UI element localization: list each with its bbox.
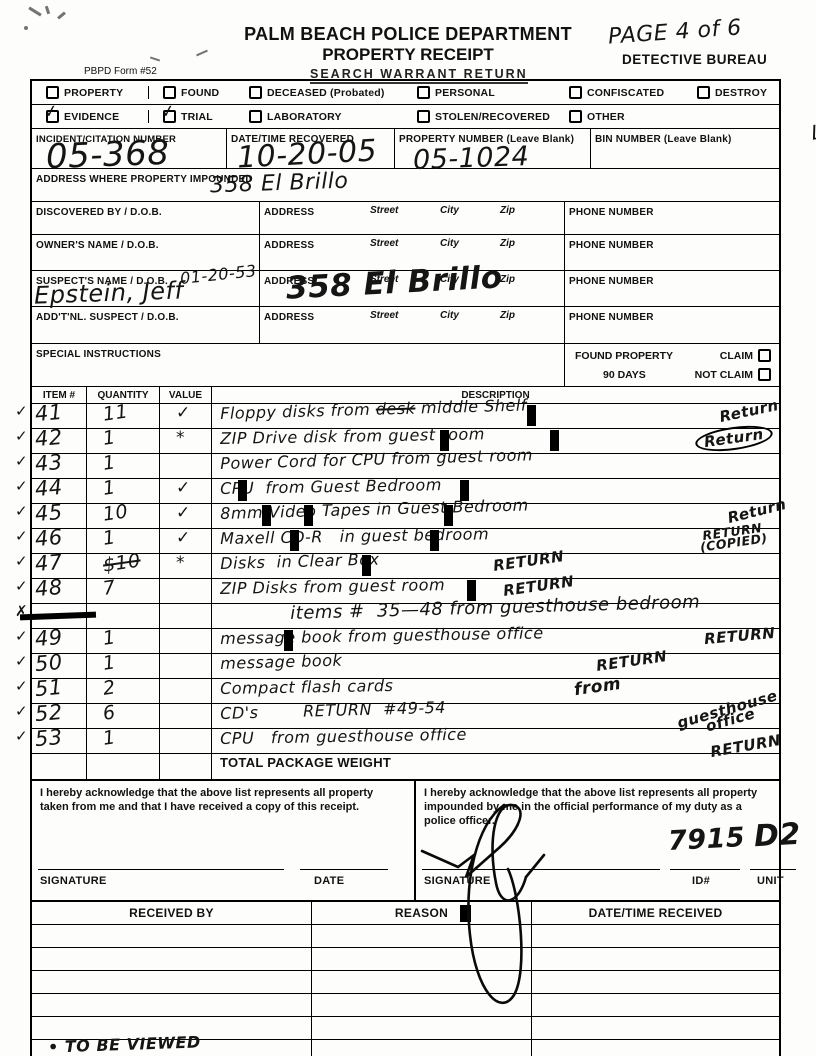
case-info-row: INCIDENT/CITATION NUMBER 05-368 DATE/TIM… — [32, 129, 779, 169]
empty-cell — [32, 754, 87, 779]
found-property-cell: FOUND PROPERTY CLAIM 90 DAYS NOT CLAIM — [565, 344, 779, 386]
item-number: 42 — [34, 427, 63, 450]
checkbox-confiscated: CONFISCATED — [569, 86, 697, 99]
datetime-received-cell — [532, 994, 779, 1016]
checkbox-icon — [249, 110, 262, 123]
checkbox-cell: Lab TRIALLABORATORYSTOLEN/RECOVEREDOTHER — [149, 110, 779, 123]
zip-label: Zip — [500, 238, 515, 249]
item-description-cell: Disks in Clear BoxRETURN — [212, 554, 779, 578]
item-quantity-cell: 7 — [87, 579, 160, 603]
item-description-cell: CD's RETURN #49-54guesthouse office — [212, 704, 779, 728]
claim-checkbox-icon — [758, 349, 771, 362]
total-weight-label: TOTAL PACKAGE WEIGHT — [212, 751, 391, 770]
item-value-cell — [160, 704, 212, 728]
pen-mark — [460, 905, 471, 922]
datetime-received-cell — [532, 948, 779, 970]
checkbox-cell: EVIDENCE — [32, 110, 149, 123]
discovered-by-cell: DISCOVERED BY / D.O.B. — [32, 202, 260, 234]
address-label: ADDRESS — [260, 205, 314, 218]
redaction-bar — [550, 430, 559, 451]
impound-address-row: ADDRESS WHERE PROPERTY IMPOUNDED 358 El … — [32, 169, 779, 202]
discovered-by-label: DISCOVERED BY / D.O.B. — [32, 205, 162, 218]
redaction-bar — [444, 505, 453, 526]
total-weight-row: TOTAL PACKAGE WEIGHT — [32, 754, 779, 781]
phone-cell: PHONE NUMBER — [565, 202, 779, 234]
received-by-header: RECEIVED BY — [32, 902, 312, 924]
special-instructions-label: SPECIAL INSTRUCTIONS — [32, 347, 161, 360]
item-number: 50 — [34, 652, 63, 675]
officer-unit-value: D2 — [754, 828, 801, 844]
item-quantity-cell: 1 — [87, 529, 160, 553]
item-description-cell: Floppy disks from desk middle ShelfRetur… — [212, 404, 779, 428]
special-instructions-row: SPECIAL INSTRUCTIONS FOUND PROPERTY CLAI… — [32, 344, 779, 387]
reason-cell — [312, 1040, 532, 1056]
item-description: ZIP Disks from guest room — [220, 575, 445, 599]
checkbox-cell: PROPERTY — [32, 86, 149, 99]
redaction-bar — [262, 505, 271, 526]
item-quantity-cell: 2 — [87, 679, 160, 703]
item-row: ✓531CPU from guesthouse officeRETURN — [32, 729, 779, 754]
item-value-cell: ✓ — [160, 404, 212, 428]
item-quantity: 1 — [102, 528, 117, 549]
checkbox-label: FOUND — [181, 87, 219, 99]
item-value-cell — [160, 729, 212, 753]
margin-check-mark: ✓ — [15, 402, 28, 420]
received-row — [32, 948, 779, 971]
item-number: 46 — [34, 527, 63, 550]
item-description-cell: message book from guesthouse officeRETUR… — [212, 629, 779, 653]
checked-checkbox-icon — [163, 110, 176, 123]
claim-label: CLAIM — [720, 350, 753, 362]
additional-suspect-label: ADD'T'NL. SUSPECT / D.O.B. — [32, 310, 179, 323]
items-list: ✓4111✓Floppy disks from desk middle Shel… — [32, 404, 779, 754]
item-value-cell — [160, 629, 212, 653]
address-cell: ADDRESS Street City Zip — [260, 307, 565, 343]
redaction-bar — [527, 405, 536, 426]
margin-check-mark: ✓ — [15, 527, 28, 545]
special-instructions-cell: SPECIAL INSTRUCTIONS — [32, 344, 565, 386]
redaction-bar — [284, 630, 293, 651]
received-by-cell — [32, 994, 312, 1016]
checkbox-label: DECEASED (Probated) — [267, 87, 385, 99]
checkbox-label: PROPERTY — [64, 87, 123, 99]
item-description: CPU from Guest Bedroom — [220, 475, 442, 499]
item-quantity: 11 — [102, 402, 130, 424]
incident-number-value: 05-368 — [45, 133, 170, 177]
owner-ack-text: I hereby acknowledge that the above list… — [40, 787, 373, 813]
margin-check-mark: ✓ — [15, 502, 28, 520]
redaction-bar — [238, 480, 247, 501]
item-quantity-cell: 1 — [87, 629, 160, 653]
item-description: message book — [220, 651, 343, 674]
item-number: 44 — [34, 477, 63, 500]
received-row — [32, 994, 779, 1017]
checkbox-icon — [249, 86, 262, 99]
item-number: 43 — [34, 452, 63, 475]
item-description-cell: Power Cord for CPU from guest room — [212, 454, 779, 478]
item-quantity-cell: 10 — [87, 504, 160, 528]
form-table: PROPERTY FOUNDDECEASED (Probated)PERSONA… — [30, 79, 781, 1056]
reason-cell — [312, 948, 532, 970]
item-description-cell: 8mm Video Tapes in Guest BedroomReturn — [212, 504, 779, 528]
empty-cell — [160, 754, 212, 779]
checkbox-label: OTHER — [587, 111, 625, 123]
item-quantity: 10 — [102, 502, 130, 524]
total-weight-cell: TOTAL PACKAGE WEIGHT — [212, 754, 779, 779]
item-value-cell — [160, 654, 212, 678]
item-value: ✓ — [176, 530, 191, 547]
officer-ack-text: I hereby acknowledge that the above list… — [424, 787, 757, 827]
address-label: ADDRESS — [260, 310, 314, 323]
checkbox-property: PROPERTY — [46, 86, 123, 99]
property-number-cell: PROPERTY NUMBER (Leave Blank) 05-1024 — [395, 129, 591, 168]
item-number: 52 — [34, 702, 63, 725]
redaction-bar — [460, 480, 469, 501]
phone-cell: PHONE NUMBER — [565, 307, 779, 343]
item-description: CPU from guesthouse office — [220, 725, 467, 749]
bureau-label: DETECTIVE BUREAU — [622, 52, 767, 67]
phone-cell: PHONE NUMBER — [565, 271, 779, 306]
discovered-by-row: DISCOVERED BY / D.O.B. ADDRESS Street Ci… — [32, 202, 779, 235]
officer-id-value: 7915 — [668, 831, 746, 849]
checkbox-deceased-probated-: DECEASED (Probated) — [249, 86, 417, 99]
scan-artifact — [57, 11, 66, 19]
item-description-cell: Maxell CD-R in guest bedroomRETURN (COPI… — [212, 529, 779, 553]
item-number: 53 — [34, 727, 63, 750]
checkbox-label: LABORATORY — [267, 111, 342, 123]
item-number: 47 — [34, 552, 63, 575]
checkbox-found: FOUND — [163, 86, 249, 99]
date-label: DATE — [314, 874, 344, 888]
id-label: ID# — [692, 874, 710, 888]
street-label: Street — [370, 238, 398, 249]
item-description: Compact flash cards — [220, 676, 394, 699]
form-number: PBPD Form #52 — [84, 66, 157, 77]
classification-row-2: EVIDENCE Lab TRIALLABORATORYSTOLEN/RECOV… — [32, 105, 779, 129]
ninety-days-label: 90 DAYS — [575, 369, 646, 381]
city-label: City — [440, 238, 459, 249]
item-value: * — [176, 555, 185, 572]
property-number-value: 05-1024 — [412, 141, 529, 176]
id-line — [670, 869, 740, 870]
item-quantity: 1 — [102, 628, 117, 649]
found-property-label: FOUND PROPERTY — [575, 350, 673, 362]
item-quantity: 7 — [102, 578, 117, 599]
handwritten-lab-note: Lab — [809, 115, 816, 145]
phone-cell: PHONE NUMBER — [565, 235, 779, 270]
city-label: City — [440, 205, 459, 216]
bin-number-cell: BIN NUMBER (Leave Blank) — [591, 129, 779, 168]
suspect-name-value: Epstein, Jeff — [34, 276, 184, 309]
item-value-cell — [160, 579, 212, 603]
received-by-cell — [32, 971, 312, 993]
checkbox-icon — [163, 86, 176, 99]
item-value-cell: * — [160, 554, 212, 578]
redaction-bar — [440, 430, 449, 451]
margin-check-mark: ✓ — [15, 627, 28, 645]
item-value-cell — [160, 679, 212, 703]
received-by-cell — [32, 948, 312, 970]
margin-check-mark: ✓ — [15, 577, 28, 595]
reason-header: REASON — [312, 902, 532, 924]
item-quantity-cell: 1 — [87, 454, 160, 478]
item-value: ✓ — [176, 405, 191, 422]
zip-label: Zip — [500, 205, 515, 216]
signature-line — [38, 869, 284, 870]
address-cell: ADDRESS Street City Zip — [260, 202, 565, 234]
checkbox-laboratory: LABORATORY — [249, 110, 417, 123]
signature-line — [422, 869, 660, 870]
phone-label: PHONE NUMBER — [565, 310, 654, 323]
margin-check-mark: ✓ — [15, 427, 28, 445]
datetime-received-cell — [532, 1040, 779, 1056]
checkbox-icon — [697, 86, 710, 99]
item-row: ✓501message bookRETURN — [32, 654, 779, 679]
item-value-cell: ✓ — [160, 504, 212, 528]
datetime-received-header: DATE/TIME RECEIVED — [532, 902, 779, 924]
margin-check-mark: ✓ — [15, 552, 28, 570]
received-by-cell — [32, 925, 312, 947]
checkbox-icon — [569, 110, 582, 123]
margin-check-mark: ✓ — [15, 727, 28, 745]
item-quantity: 1 — [102, 453, 117, 474]
checkbox-label: PERSONAL — [435, 87, 495, 99]
item-quantity: $10 — [102, 551, 142, 575]
street-label: Street — [370, 310, 398, 321]
item-value: * — [176, 430, 185, 447]
item-description: Maxell CD-R in guest bedroom — [220, 524, 489, 549]
item-quantity: 6 — [102, 703, 117, 724]
item-quantity-cell: 6 — [87, 704, 160, 728]
incident-number-cell: INCIDENT/CITATION NUMBER 05-368 — [32, 129, 227, 168]
impound-address-cell: ADDRESS WHERE PROPERTY IMPOUNDED 358 El … — [32, 169, 779, 201]
checkbox-label: STOLEN/RECOVERED — [435, 111, 550, 123]
phone-label: PHONE NUMBER — [565, 274, 654, 287]
strikeout-bar — [20, 612, 96, 621]
phone-label: PHONE NUMBER — [565, 205, 654, 218]
item-number-cell: 53 — [32, 729, 87, 753]
officer-acknowledgment: I hereby acknowledge that the above list… — [416, 781, 779, 900]
suspect-name-cell: SUSPECT'S NAME / D.O.B. 01-20-53 Epstein… — [32, 271, 260, 306]
redaction-bar — [467, 580, 476, 601]
phone-label: PHONE NUMBER — [565, 238, 654, 251]
reason-cell — [312, 994, 532, 1016]
value-header: VALUE — [160, 387, 212, 403]
margin-check-mark: ✓ — [15, 702, 28, 720]
signature-label: SIGNATURE — [424, 874, 491, 888]
unit-line — [750, 869, 796, 870]
checkbox-evidence: EVIDENCE — [46, 110, 119, 123]
acknowledgment-section: I hereby acknowledge that the above list… — [32, 781, 779, 902]
checkbox-icon — [46, 86, 59, 99]
checkbox-cell: FOUNDDECEASED (Probated)PERSONALCONFISCA… — [149, 86, 779, 99]
classification-row-1: PROPERTY FOUNDDECEASED (Probated)PERSONA… — [32, 81, 779, 105]
item-quantity: 1 — [102, 478, 117, 499]
signature-label: SIGNATURE — [40, 874, 107, 888]
address-cell: ADDRESS Street City Zip 358 El Brillo — [260, 271, 565, 306]
scan-artifact — [45, 6, 50, 15]
item-value-cell — [160, 604, 212, 628]
city-label: City — [440, 310, 459, 321]
item-value: ✓ — [176, 480, 191, 497]
item-number-cell: 48 — [32, 579, 87, 603]
additional-suspect-cell: ADD'T'NL. SUSPECT / D.O.B. — [32, 307, 260, 343]
item-quantity-cell: 11 — [87, 404, 160, 428]
item-value: ✓ — [176, 505, 191, 522]
item-quantity: 1 — [102, 428, 117, 449]
margin-check-mark: ✓ — [15, 452, 28, 470]
reason-cell — [312, 925, 532, 947]
margin-check-mark: ✓ — [15, 477, 28, 495]
checkbox-other: OTHER — [569, 110, 625, 123]
checked-checkbox-icon — [46, 110, 59, 123]
item-description: Disks in Clear Box — [220, 550, 380, 574]
item-quantity-cell: 1 — [87, 729, 160, 753]
received-row — [32, 925, 779, 948]
margin-check-mark: ✓ — [15, 652, 28, 670]
street-label: Street — [370, 205, 398, 216]
item-quantity-cell — [87, 604, 160, 628]
checkbox-icon — [569, 86, 582, 99]
checkbox-icon — [417, 86, 430, 99]
not-claim-label: NOT CLAIM — [695, 369, 753, 381]
suspect-row: SUSPECT'S NAME / D.O.B. 01-20-53 Epstein… — [32, 271, 779, 307]
checkbox-stolen-recovered: STOLEN/RECOVERED — [417, 110, 569, 123]
datetime-received-cell — [532, 925, 779, 947]
item-number: 51 — [34, 677, 63, 700]
item-description: message book from guesthouse office — [220, 623, 544, 649]
item-row: ✓491message book from guesthouse officeR… — [32, 629, 779, 654]
item-number: 41 — [34, 402, 63, 425]
date-line — [300, 869, 388, 870]
zip-label: Zip — [500, 310, 515, 321]
owner-acknowledgment: I hereby acknowledge that the above list… — [32, 781, 416, 900]
redaction-bar — [430, 530, 439, 551]
item-quantity-cell: 1 — [87, 479, 160, 503]
item-number: 48 — [34, 577, 63, 600]
item-row: ✓461✓Maxell CD-R in guest bedroomRETURN … — [32, 529, 779, 554]
item-quantity-cell: $10 — [87, 554, 160, 578]
checkbox-label: EVIDENCE — [64, 111, 119, 123]
item-value-cell: ✓ — [160, 479, 212, 503]
datetime-received-cell — [532, 1017, 779, 1039]
impound-address-value: 358 El Brillo — [210, 169, 349, 199]
checkbox-label: DESTROY — [715, 87, 767, 99]
checkbox-icon — [417, 110, 430, 123]
checkbox-label: TRIAL — [181, 111, 213, 123]
not-claim-checkbox-icon — [758, 368, 771, 381]
owner-name-label: OWNER'S NAME / D.O.B. — [32, 238, 159, 251]
empty-cell — [87, 754, 160, 779]
checkbox-personal: PERSONAL — [417, 86, 569, 99]
reason-header-label: REASON — [395, 906, 448, 920]
unit-label: UNIT — [757, 874, 784, 888]
margin-check-mark: ✓ — [15, 677, 28, 695]
item-description-cell: message bookRETURN — [212, 654, 779, 678]
redaction-bar — [362, 555, 371, 576]
checkbox-trial: TRIAL — [163, 110, 249, 123]
received-row — [32, 971, 779, 994]
additional-suspect-row: ADD'T'NL. SUSPECT / D.O.B. ADDRESS Stree… — [32, 307, 779, 344]
item-quantity-cell: 1 — [87, 654, 160, 678]
bin-number-label: BIN NUMBER (Leave Blank) — [591, 132, 732, 145]
checkbox-destroy: DESTROY — [697, 86, 767, 99]
datetime-received-cell — [532, 971, 779, 993]
reason-cell — [312, 1017, 532, 1039]
item-value-cell — [160, 454, 212, 478]
item-quantity: 1 — [102, 653, 117, 674]
item-quantity: 2 — [102, 678, 117, 699]
redaction-bar — [304, 505, 313, 526]
scan-artifact — [28, 7, 41, 17]
item-description-cell: Compact flash cardsfrom — [212, 679, 779, 703]
address-label: ADDRESS — [260, 238, 314, 251]
item-number: 49 — [34, 627, 63, 650]
received-header-row: RECEIVED BY REASON DATE/TIME RECEIVED — [32, 902, 779, 925]
checkbox-label: CONFISCATED — [587, 87, 664, 99]
datetime-recovered-cell: DATE/TIME RECOVERED 10-20-05 — [227, 129, 395, 168]
item-quantity-cell: 1 — [87, 429, 160, 453]
item-value-cell: ✓ — [160, 529, 212, 553]
redaction-bar — [290, 530, 299, 551]
item-quantity: 1 — [102, 728, 117, 749]
item-number: 45 — [34, 502, 63, 525]
reason-cell — [312, 971, 532, 993]
property-receipt-scan: PALM BEACH POLICE DEPARTMENT PROPERTY RE… — [0, 0, 816, 1056]
item-value-cell: * — [160, 429, 212, 453]
